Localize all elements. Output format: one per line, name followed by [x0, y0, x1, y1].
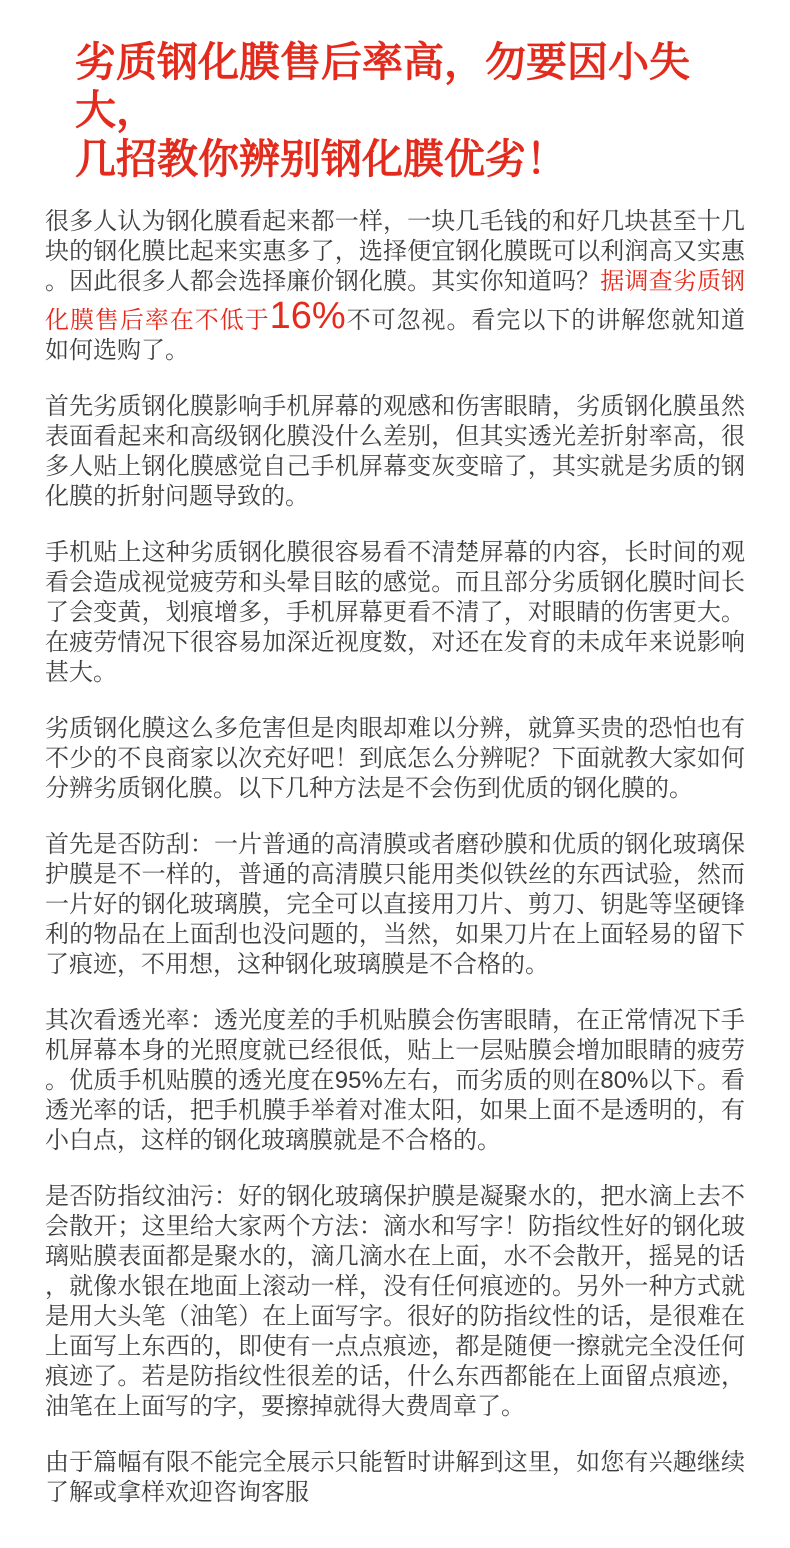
rate-percentage-highlight: 16% [270, 295, 346, 337]
article-title-line-2: 几招教你辨别钢化膜优劣！ [75, 135, 745, 183]
paragraph-screen-impact: 首先劣质钢化膜影响手机屏幕的观感和伤害眼睛，劣质钢化膜虽然表面看起来和高级钢化膜… [45, 392, 745, 512]
article-title: 劣质钢化膜售后率高，勿要因小失大， 几招教你辨别钢化膜优劣！ [75, 38, 745, 183]
paragraph-scratch-test: 首先是否防刮：一片普通的高清膜或者磨砂膜和优质的钢化玻璃保护膜是不一样的，普通的… [45, 830, 745, 980]
paragraph-closing: 由于篇幅有限不能完全展示只能暂时讲解到这里，如您有兴趣继续了解或拿样欢迎咨询客服 [45, 1448, 745, 1508]
paragraph-fingerprint-test: 是否防指纹油污：好的钢化玻璃保护膜是凝聚水的，把水滴上去不会散开；这里给大家两个… [45, 1182, 745, 1422]
paragraph-light-transmittance: 其次看透光率：透光度差的手机贴膜会伤害眼睛，在正常情况下手机屏幕本身的光照度就已… [45, 1006, 745, 1156]
article-title-line-1: 劣质钢化膜售后率高，勿要因小失大， [75, 38, 745, 135]
paragraph-eye-harm: 手机贴上这种劣质钢化膜很容易看不清楚屏幕的内容，长时间的观看会造成视觉疲劳和头晕… [45, 538, 745, 688]
article-page: 劣质钢化膜售后率高，勿要因小失大， 几招教你辨别钢化膜优劣！ 很多人认为钢化膜看… [0, 0, 790, 1548]
intro-paragraph: 很多人认为钢化膜看起来都一样，一块几毛钱的和好几块甚至十几块的钢化膜比起来实惠多… [45, 207, 745, 366]
paragraph-hard-to-distinguish: 劣质钢化膜这么多危害但是肉眼却难以分辨，就算买贵的恐怕也有不少的不良商家以次充好… [45, 714, 745, 804]
